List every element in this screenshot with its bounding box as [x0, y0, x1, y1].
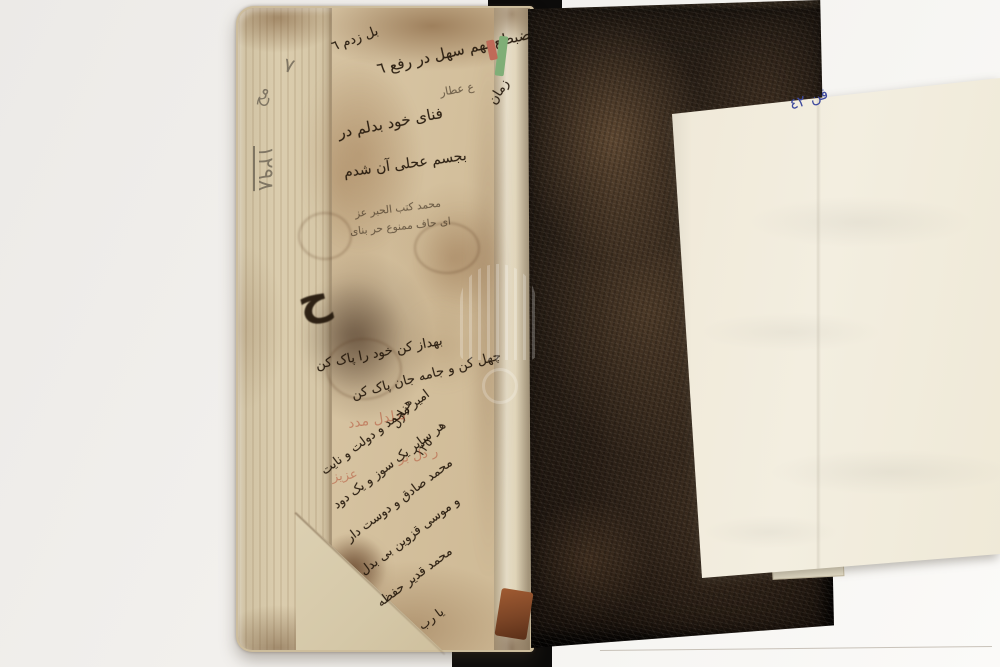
sheet-surface	[670, 72, 1000, 584]
photo-antique-manuscript: بل زدم ٦ ضبطع نهم سهل در رفع ٦ ع عطار زم…	[0, 0, 1000, 667]
pencil-number-1298: ١٢٩٨	[254, 146, 278, 191]
loose-white-sheet	[670, 72, 1000, 584]
loose-paper-edge-line	[600, 646, 992, 657]
page-stain	[468, 40, 508, 580]
seal-impression-ghost	[298, 212, 352, 260]
